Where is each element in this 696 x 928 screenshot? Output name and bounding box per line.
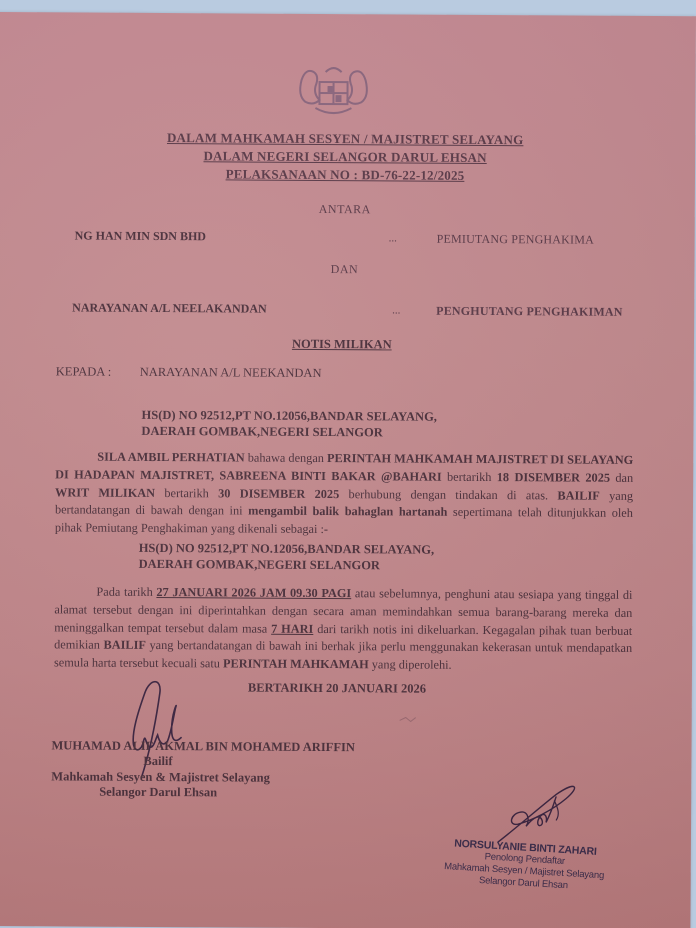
bailiff-court: Mahkamah Sesyen & Majistret Selayang bbox=[51, 769, 270, 785]
ellipsis: ... bbox=[392, 304, 400, 316]
notice-paper: DALAM MAHKAMAH SESYEN / MAJISTRET SELAYA… bbox=[0, 12, 696, 928]
judgment-debtor-role: PENGHUTANG PENGHAKIMAN bbox=[436, 304, 623, 320]
notice-paragraph-1: SILA AMBIL PERHATIAN bahawa dengan PERIN… bbox=[55, 448, 634, 541]
execution-number: PELAKSANAAN NO : BD-76-22-12/2025 bbox=[95, 166, 595, 185]
address-line-1: HS(D) NO 92512,PT NO.12056,BANDAR SELAYA… bbox=[141, 407, 437, 425]
judgment-debtor-name: NARAYANAN A/L NEELAKANDAN bbox=[72, 300, 267, 316]
bailiff-title: Bailif bbox=[143, 754, 172, 769]
between-label: ANTARA bbox=[95, 201, 595, 219]
bailiff-name: MUHAMAD ALIF AKMAL BIN MOHAMED ARIFFIN bbox=[51, 738, 354, 755]
property-address-line-2: DAERAH GOMBAK,NEGERI SELANGOR bbox=[139, 556, 435, 574]
stray-mark bbox=[398, 714, 418, 724]
notice-paragraph-2: Pada tarikh 27 JANUARI 2026 JAM 09.30 PA… bbox=[54, 583, 633, 676]
court-heading-line-2: DALAM NEGERI SELANGOR DARUL EHSAN bbox=[95, 148, 595, 167]
recipient-name: NARAYANAN A/L NEEKANDAN bbox=[140, 365, 322, 381]
address-line-2: DAERAH GOMBAK,NEGERI SELANGOR bbox=[141, 423, 437, 441]
property-address-line-1: HS(D) NO 92512,PT NO.12056,BANDAR SELAYA… bbox=[139, 540, 435, 558]
property-address: HS(D) NO 92512,PT NO.12056,BANDAR SELAYA… bbox=[139, 540, 435, 574]
judgment-creditor-role: PEMIUTANG PENGHAKIMA bbox=[437, 232, 594, 248]
notice-title: NOTIS MILIKAN bbox=[292, 337, 392, 353]
ellipsis: ... bbox=[389, 232, 397, 244]
registrar-block: NORSULYANIE BINTI ZAHARI Penolong Pendaf… bbox=[438, 837, 611, 895]
recipient-address: HS(D) NO 92512,PT NO.12056,BANDAR SELAYA… bbox=[141, 407, 437, 441]
court-heading-line-1: DALAM MAHKAMAH SESYEN / MAJISTRET SELAYA… bbox=[95, 130, 595, 149]
coat-of-arms-icon bbox=[287, 62, 379, 127]
judgment-creditor-name: NG HAN MIN SDN BHD bbox=[75, 228, 206, 244]
bailiff-state: Selangor Darul Ehsan bbox=[99, 785, 217, 801]
and-label: DAN bbox=[94, 261, 594, 279]
recipient-label: KEPADA : bbox=[56, 364, 112, 379]
notice-date: BERTARIKH 20 JANUARI 2026 bbox=[248, 681, 426, 697]
